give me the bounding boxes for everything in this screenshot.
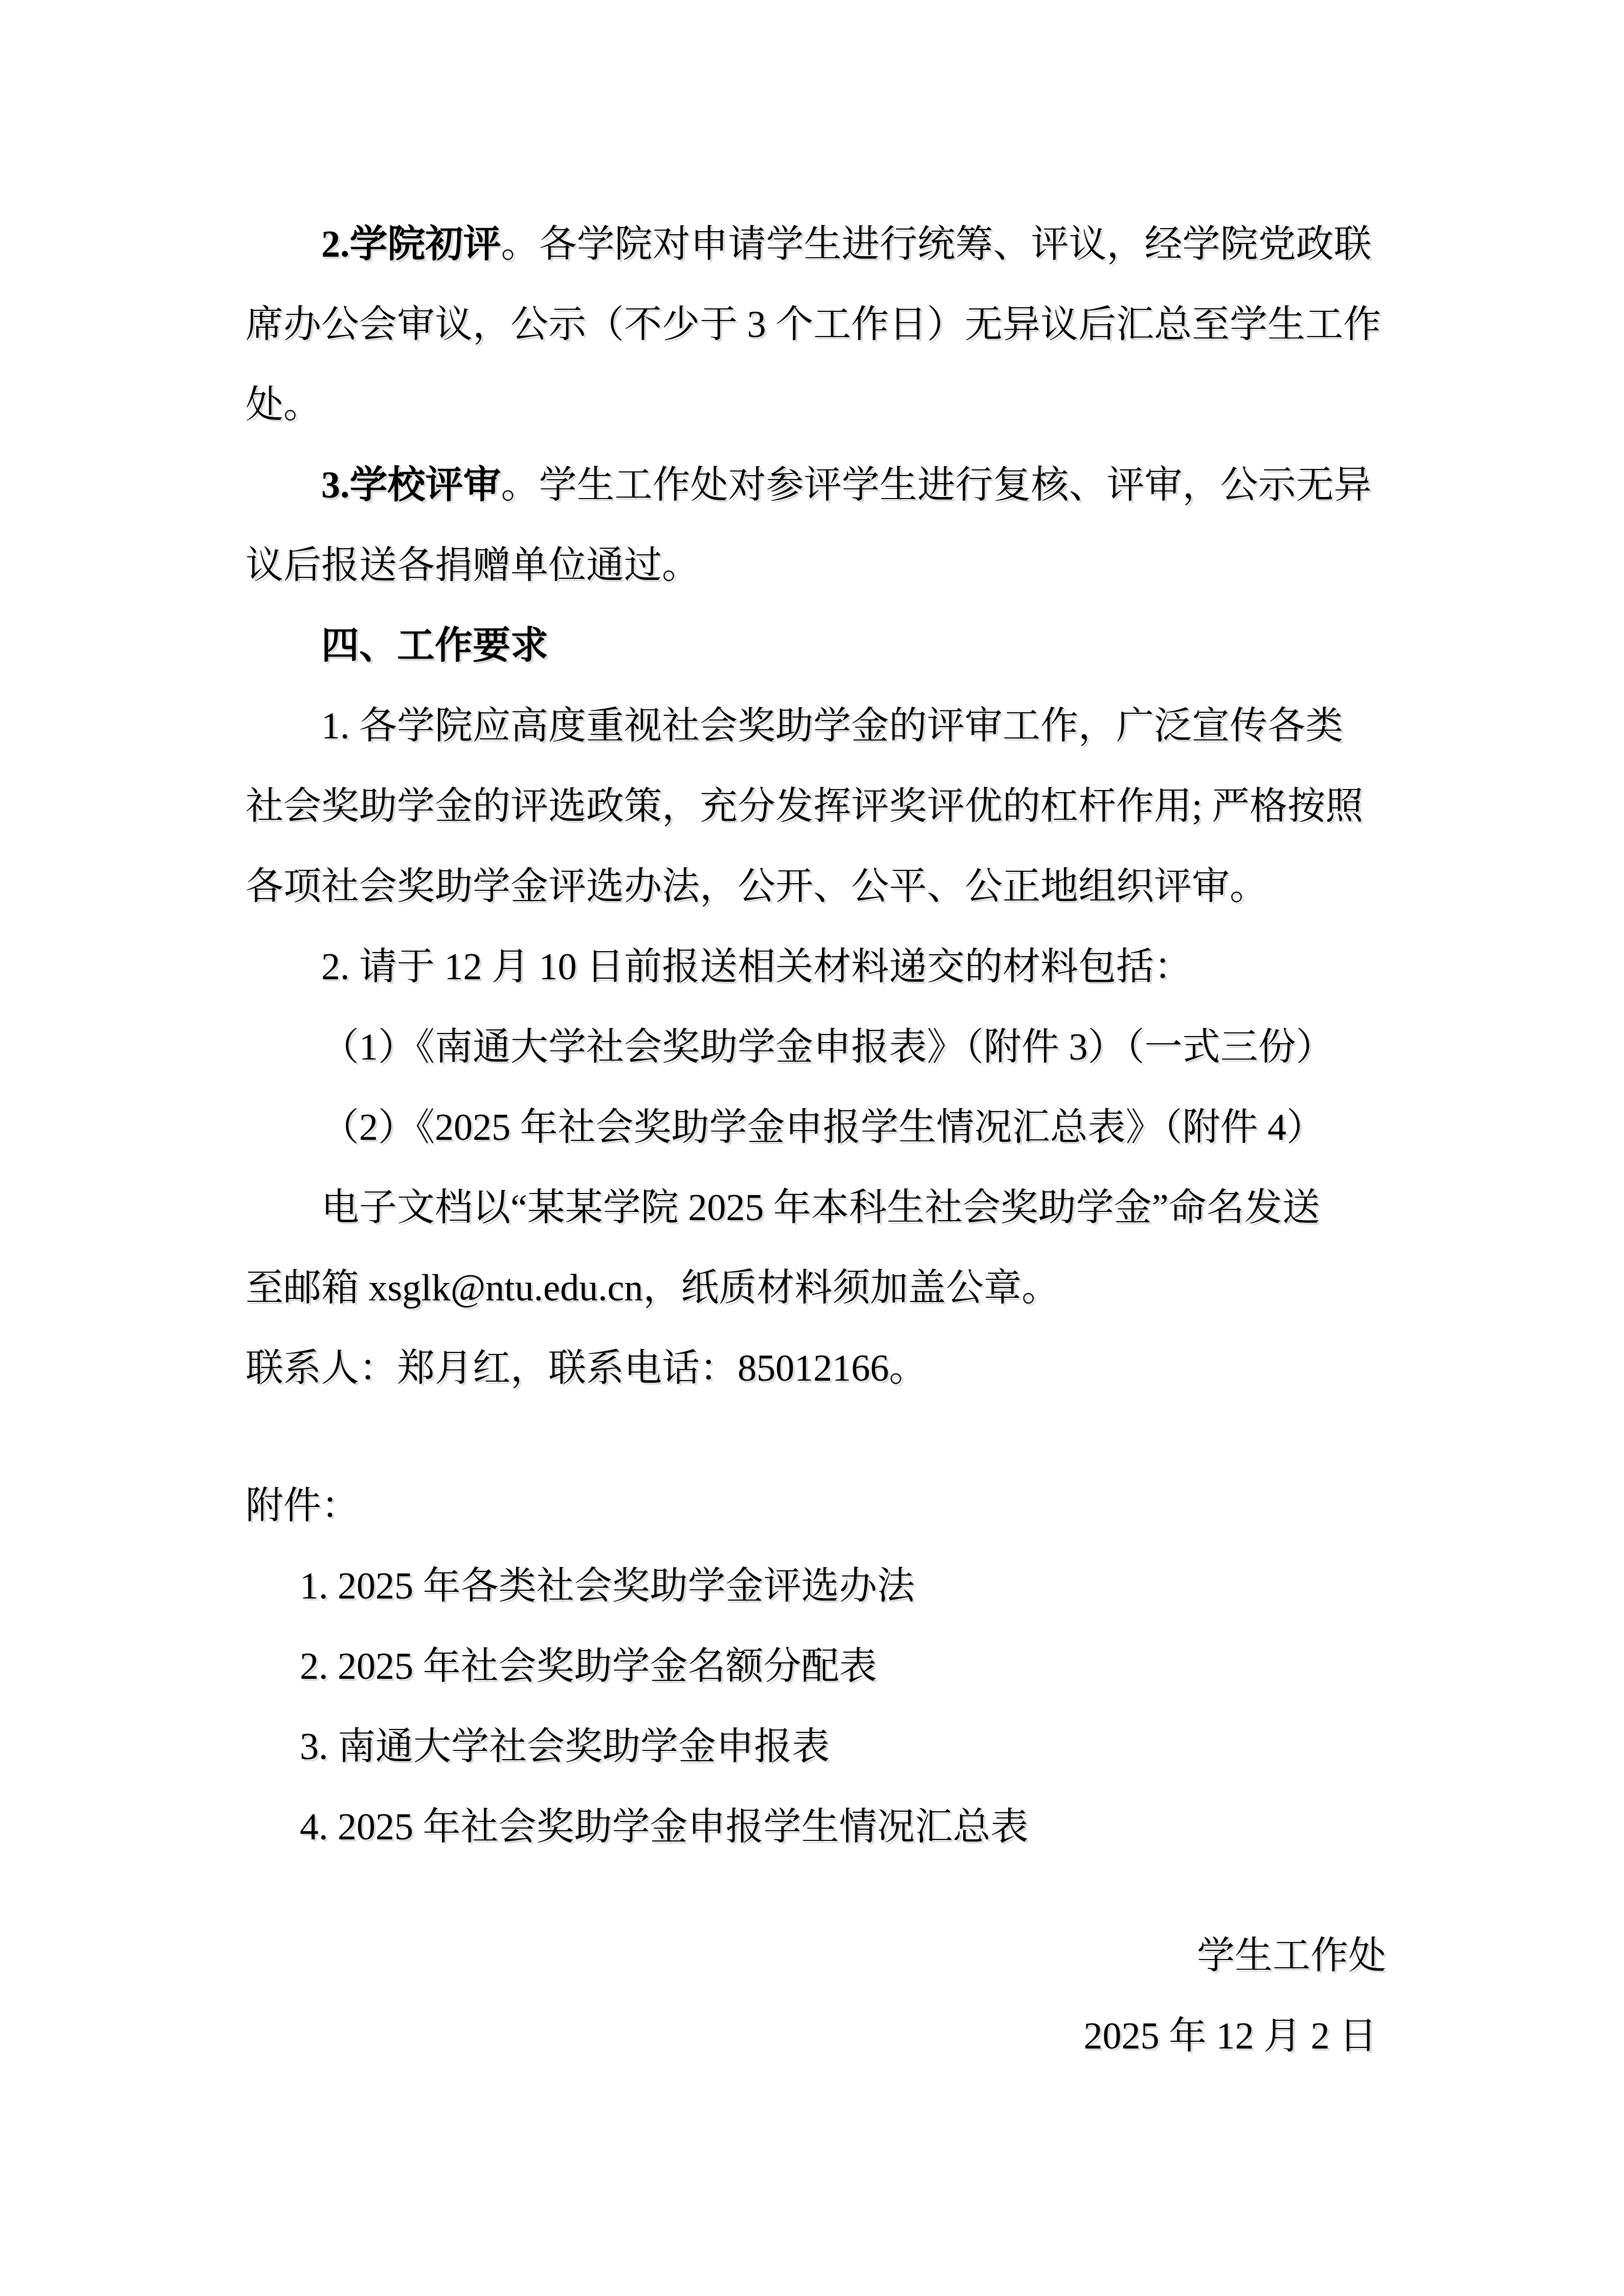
text-run: 电子文档以“某某学院 2025 年本科生社会奖助学金”命名发送 bbox=[321, 1187, 1320, 1229]
paragraph-line: 2.学院初评。各学院对申请学生进行统筹、评议，经学院党政联 bbox=[246, 205, 1386, 285]
paragraph-line: 社会奖助学金的评选政策，充分发挥评奖评优的杠杆作用; 严格按照 bbox=[246, 767, 1386, 847]
text-run: 2. 请于 12 月 10 日前报送相关材料递交的材料包括： bbox=[321, 946, 1192, 988]
attachments-label: 附件： bbox=[246, 1466, 1386, 1546]
text-run: 联系人：郑月红，联系电话：85012166。 bbox=[246, 1347, 927, 1389]
bold-text-run: 2.学院初评 bbox=[321, 223, 501, 265]
text-run: 处。 bbox=[246, 384, 321, 426]
paragraph-line: 2. 请于 12 月 10 日前报送相关材料递交的材料包括： bbox=[246, 927, 1386, 1007]
text-run: （2）《2025 年社会奖助学金申报学生情况汇总表》（附件 4） bbox=[321, 1107, 1324, 1149]
text-run: （1）《南通大学社会奖助学金申报表》（附件 3）（一式三份） bbox=[321, 1026, 1334, 1068]
text-run: 至邮箱 xsglk@ntu.edu.cn，纸质材料须加盖公章。 bbox=[246, 1267, 1059, 1309]
text-run: 4. 2025 年社会奖助学金申报学生情况汇总表 bbox=[300, 1806, 1029, 1848]
attachment-item: 3. 南通大学社会奖助学金申报表 bbox=[246, 1707, 1386, 1787]
text-run: 1. 2025 年各类社会奖助学金评选办法 bbox=[300, 1565, 915, 1607]
text-run: 。学生工作处对参评学生进行复核、评审，公示无异 bbox=[501, 464, 1372, 506]
text-run: 1. 各学院应高度重视社会奖助学金的评审工作，广泛宣传各类 bbox=[321, 705, 1343, 747]
paragraph-line: （2）《2025 年社会奖助学金申报学生情况汇总表》（附件 4） bbox=[246, 1088, 1386, 1168]
paragraph-line: （1）《南通大学社会奖助学金申报表》（附件 3）（一式三份） bbox=[246, 1007, 1386, 1088]
text-run: 议后报送各捐赠单位通过。 bbox=[246, 545, 700, 587]
text-run: 各项社会奖助学金评选办法，公开、公平、公正地组织评审。 bbox=[246, 866, 1267, 908]
text-run: 附件： bbox=[246, 1485, 359, 1527]
paragraph-line: 至邮箱 xsglk@ntu.edu.cn，纸质材料须加盖公章。 bbox=[246, 1248, 1386, 1329]
text-run: 2025 年 12 月 2 日 bbox=[1084, 2015, 1377, 2057]
paragraph-line: 处。 bbox=[246, 365, 1386, 445]
signature-issuer: 学生工作处 bbox=[246, 1916, 1386, 1996]
text-run: 2. 2025 年社会奖助学金名额分配表 bbox=[300, 1646, 877, 1687]
signature-date: 2025 年 12 月 2 日 bbox=[246, 1996, 1386, 2077]
text-run: 席办公会审议，公示（不少于 3 个工作日）无异议后汇总至学生工作 bbox=[246, 304, 1381, 346]
attachment-item: 4. 2025 年社会奖助学金申报学生情况汇总表 bbox=[246, 1787, 1386, 1867]
section-heading: 四、工作要求 bbox=[246, 606, 1386, 686]
attachment-item: 1. 2025 年各类社会奖助学金评选办法 bbox=[246, 1546, 1386, 1627]
paragraph-line: 席办公会审议，公示（不少于 3 个工作日）无异议后汇总至学生工作 bbox=[246, 285, 1386, 365]
text-run: 社会奖助学金的评选政策，充分发挥评奖评优的杠杆作用; 严格按照 bbox=[246, 785, 1363, 827]
paragraph-line: 联系人：郑月红，联系电话：85012166。 bbox=[246, 1329, 1386, 1409]
paragraph-line: 3.学校评审。学生工作处对参评学生进行复核、评审，公示无异 bbox=[246, 445, 1386, 526]
paragraph-line: 电子文档以“某某学院 2025 年本科生社会奖助学金”命名发送 bbox=[246, 1168, 1386, 1248]
paragraph-line: 议后报送各捐赠单位通过。 bbox=[246, 526, 1386, 606]
document-body: 2.学院初评。各学院对申请学生进行统筹、评议，经学院党政联席办公会审议，公示（不… bbox=[246, 0, 1386, 2077]
paragraph-line: 各项社会奖助学金评选办法，公开、公平、公正地组织评审。 bbox=[246, 847, 1386, 927]
text-run: 。各学院对申请学生进行统筹、评议，经学院党政联 bbox=[501, 223, 1372, 265]
document-page: 2.学院初评。各学院对申请学生进行统筹、评议，经学院党政联席办公会审议，公示（不… bbox=[0, 0, 1624, 2296]
text-run: 学生工作处 bbox=[1197, 1935, 1386, 1977]
bold-text-run: 3.学校评审 bbox=[321, 464, 501, 506]
attachment-item: 2. 2025 年社会奖助学金名额分配表 bbox=[246, 1627, 1386, 1707]
text-run: 3. 南通大学社会奖助学金申报表 bbox=[300, 1726, 830, 1768]
paragraph-line: 1. 各学院应高度重视社会奖助学金的评审工作，广泛宣传各类 bbox=[246, 686, 1386, 767]
bold-text-run: 四、工作要求 bbox=[321, 625, 548, 667]
